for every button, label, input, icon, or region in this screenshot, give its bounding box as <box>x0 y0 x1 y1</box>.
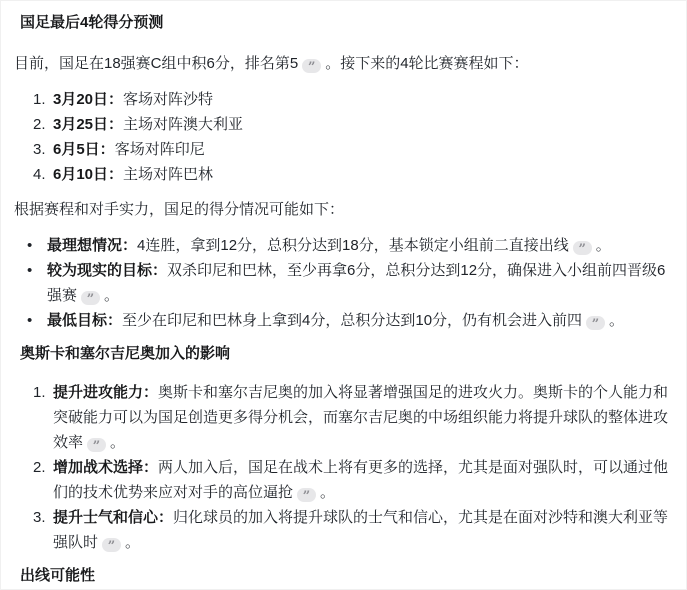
list-item: 4. 6月10日：主场对阵巴林 <box>14 162 673 187</box>
list-item: 1. 提升进攻能力：奥斯卡和塞尔吉尼奥的加入将显著增强国足的进攻火力。奥斯卡的个… <box>14 380 673 455</box>
item-content: 增加战术选择：两人加入后，国足在战术上将有更多的选择，尤其是面对强队时，可以通过… <box>53 455 673 505</box>
quote-icon: ” <box>303 492 310 502</box>
chat-answer-document: 国足最后4轮得分预测 目前，国足在18强赛C组中积6分，排名第5”。接下来的4轮… <box>0 0 687 590</box>
intro-text: 目前，国足在18强赛C组中积6分，排名第5 <box>14 55 298 72</box>
item-text-after: 。 <box>125 534 140 551</box>
quote-icon: ” <box>87 295 94 305</box>
list-item: 3. 提升士气和信心：归化球员的加入将提升球队的士气和信心，尤其是在面对沙特和澳… <box>14 505 673 555</box>
scenario-list: • 最理想情况：4连胜，拿到12分，总积分达到18分，基本锁定小组前二直接出线”… <box>14 233 673 333</box>
item-label: 最低目标： <box>47 312 122 329</box>
item-text-after: 。 <box>320 484 335 501</box>
item-label: 3月25日： <box>53 116 123 133</box>
list-marker: 3. <box>33 137 53 162</box>
item-text-after: 。 <box>596 237 611 254</box>
item-label: 6月10日： <box>53 166 123 183</box>
bullet-icon: • <box>27 233 47 258</box>
item-label: 提升进攻能力： <box>53 384 158 401</box>
section-heading-qualification: 出线可能性 <box>20 565 667 586</box>
item-text-after: 。 <box>110 434 125 451</box>
item-text: 客场对阵沙特 <box>123 91 213 108</box>
item-text: 主场对阵巴林 <box>123 166 213 183</box>
list-marker: 3. <box>33 505 53 530</box>
list-marker: 1. <box>33 87 53 112</box>
citation-badge[interactable]: ” <box>302 59 321 73</box>
quote-icon: ” <box>308 63 315 73</box>
item-text-after: 。 <box>104 287 119 304</box>
item-content: 3月25日：主场对阵澳大利亚 <box>53 112 673 137</box>
list-item: 2. 增加战术选择：两人加入后，国足在战术上将有更多的选择，尤其是面对强队时，可… <box>14 455 673 505</box>
quote-icon: ” <box>108 542 115 552</box>
list-item: 2. 3月25日：主场对阵澳大利亚 <box>14 112 673 137</box>
item-content: 3月20日：客场对阵沙特 <box>53 87 673 112</box>
citation-badge[interactable]: ” <box>87 438 106 452</box>
item-text: 至少在印尼和巴林身上拿到4分，总积分达到10分，仍有机会进入前四 <box>122 312 582 329</box>
list-marker: 4. <box>33 162 53 187</box>
list-item: • 最理想情况：4连胜，拿到12分，总积分达到18分，基本锁定小组前二直接出线”… <box>14 233 673 258</box>
citation-badge[interactable]: ” <box>573 241 592 255</box>
bullet-icon: • <box>27 258 47 283</box>
intro-paragraph: 目前，国足在18强赛C组中积6分，排名第5”。接下来的4轮比赛赛程如下： <box>14 51 673 77</box>
section-heading-impact: 奥斯卡和塞尔吉尼奥加入的影响 <box>20 343 667 364</box>
item-content: 6月10日：主场对阵巴林 <box>53 162 673 187</box>
item-label: 3月20日： <box>53 91 123 108</box>
impact-list: 1. 提升进攻能力：奥斯卡和塞尔吉尼奥的加入将显著增强国足的进攻火力。奥斯卡的个… <box>14 380 673 555</box>
quote-icon: ” <box>93 442 100 452</box>
item-label: 提升士气和信心： <box>53 509 173 526</box>
citation-badge[interactable]: ” <box>102 538 121 552</box>
item-text: 4连胜，拿到12分，总积分达到18分，基本锁定小组前二直接出线 <box>137 237 569 254</box>
quote-icon: ” <box>578 245 585 255</box>
intro-text-after: 。接下来的4轮比赛赛程如下： <box>325 55 528 72</box>
item-text-after: 。 <box>609 312 624 329</box>
scoring-intro-paragraph: 根据赛程和对手实力，国足的得分情况可能如下： <box>14 197 673 223</box>
list-marker: 1. <box>33 380 53 405</box>
citation-badge[interactable]: ” <box>297 488 316 502</box>
list-item: 3. 6月5日：客场对阵印尼 <box>14 137 673 162</box>
item-content: 最低目标：至少在印尼和巴林身上拿到4分，总积分达到10分，仍有机会进入前四”。 <box>47 308 673 333</box>
citation-badge[interactable]: ” <box>81 291 100 305</box>
section-heading-prediction: 国足最后4轮得分预测 <box>20 12 667 33</box>
schedule-list: 1. 3月20日：客场对阵沙特 2. 3月25日：主场对阵澳大利亚 3. 6月5… <box>14 87 673 187</box>
item-label: 增加战术选择： <box>53 459 158 476</box>
list-item: 1. 3月20日：客场对阵沙特 <box>14 87 673 112</box>
item-content: 提升士气和信心：归化球员的加入将提升球队的士气和信心，尤其是在面对沙特和澳大利亚… <box>53 505 673 555</box>
item-text: 客场对阵印尼 <box>115 141 205 158</box>
list-item: • 较为现实的目标：双杀印尼和巴林，至少再拿6分，总积分达到12分，确保进入小组… <box>14 258 673 308</box>
bullet-icon: • <box>27 308 47 333</box>
item-label: 较为现实的目标： <box>47 262 167 279</box>
list-marker: 2. <box>33 455 53 480</box>
item-content: 较为现实的目标：双杀印尼和巴林，至少再拿6分，总积分达到12分，确保进入小组前四… <box>47 258 673 308</box>
item-text: 主场对阵澳大利亚 <box>123 116 243 133</box>
list-marker: 2. <box>33 112 53 137</box>
item-content: 最理想情况：4连胜，拿到12分，总积分达到18分，基本锁定小组前二直接出线”。 <box>47 233 673 258</box>
item-label: 最理想情况： <box>47 237 137 254</box>
item-content: 提升进攻能力：奥斯卡和塞尔吉尼奥的加入将显著增强国足的进攻火力。奥斯卡的个人能力… <box>53 380 673 455</box>
citation-badge[interactable]: ” <box>586 316 605 330</box>
item-label: 6月5日： <box>53 141 115 158</box>
quote-icon: ” <box>592 320 599 330</box>
list-item: • 最低目标：至少在印尼和巴林身上拿到4分，总积分达到10分，仍有机会进入前四”… <box>14 308 673 333</box>
item-content: 6月5日：客场对阵印尼 <box>53 137 673 162</box>
